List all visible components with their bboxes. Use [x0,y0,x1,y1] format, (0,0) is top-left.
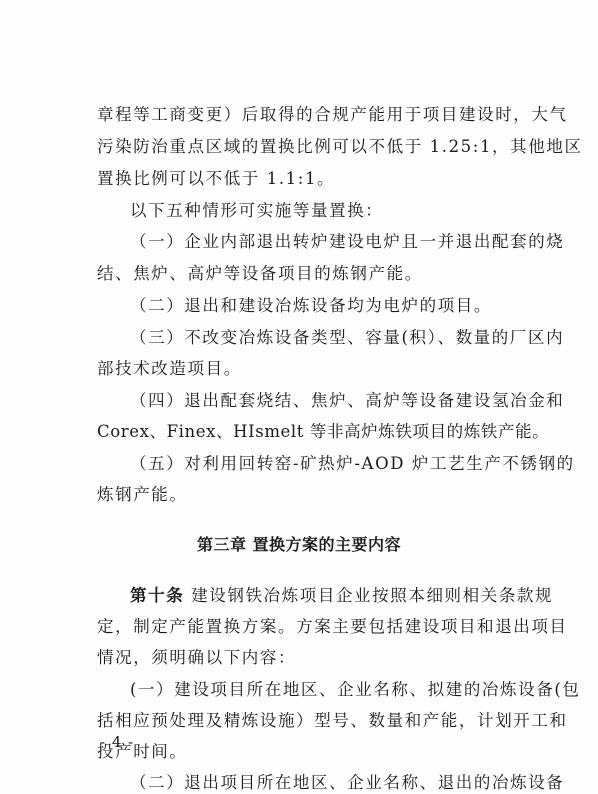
list-item-1: （一）企业内部退出转炉建设电炉且一并退出配套的烧 [130,232,564,252]
intro-text: 以下五种情形可实施等量置换： [130,201,383,221]
page-number: - 4 - [100,733,134,751]
article-item-1-continued: 括相应预处理及精炼设施）型号、数量和产能，计划开工和 [97,711,568,731]
article-line-2: 定，制定产能置换方案。方案主要包括建设项目和退出项目 [97,617,568,637]
document-page: 章程等工商变更）后取得的合规产能用于项目建设时，大气 污染防治重点区域的置换比例… [0,0,598,794]
list-item-3: （三）不改变冶炼设备类型、容量(积）、数量的厂区内 [130,328,564,348]
article-item-2: （二）退出项目所在地区、企业名称、退出的冶炼设备 [130,773,564,793]
article-line-3: 情况，须明确以下内容： [97,648,296,668]
list-item-5: （五）对利用回转窑-矿热炉-AOD 炉工艺生产不锈钢的 [130,454,575,474]
article-line-1: 第十条 建设钢铁冶炼项目企业按照本细则相关条款规 [130,586,553,606]
article-label: 第十条 [130,586,184,605]
body-text-line: 章程等工商变更）后取得的合规产能用于项目建设时，大气 [97,105,568,125]
list-item-4-continued: Corex、Finex、HIsmelt 等非高炉炼铁项目的炼铁产能。 [97,422,549,442]
list-item-3-continued: 部技术改造项目。 [97,359,242,379]
list-item-1-continued: 结、焦炉、高炉等设备项目的炼钢产能。 [97,264,423,284]
list-item-2: （二）退出和建设冶炼设备均为电炉的项目。 [130,296,492,316]
body-text-line: 污染防治重点区域的置换比例可以不低于 1.25:1，其他地区 [97,137,583,157]
list-item-5-continued: 炼钢产能。 [97,485,188,505]
article-item-1: (一）建设项目所在地区、企业名称、拟建的冶炼设备(包 [130,680,580,700]
body-text-line: 置换比例可以不低于 1.1:1。 [97,169,335,189]
list-item-4: （四）退出配套烧结、焦炉、高炉等设备建设氢冶金和 [130,391,564,411]
article-text: 建设钢铁冶炼项目企业按照本细则相关条款规 [184,586,553,605]
chapter-heading: 第三章 置换方案的主要内容 [0,532,598,555]
